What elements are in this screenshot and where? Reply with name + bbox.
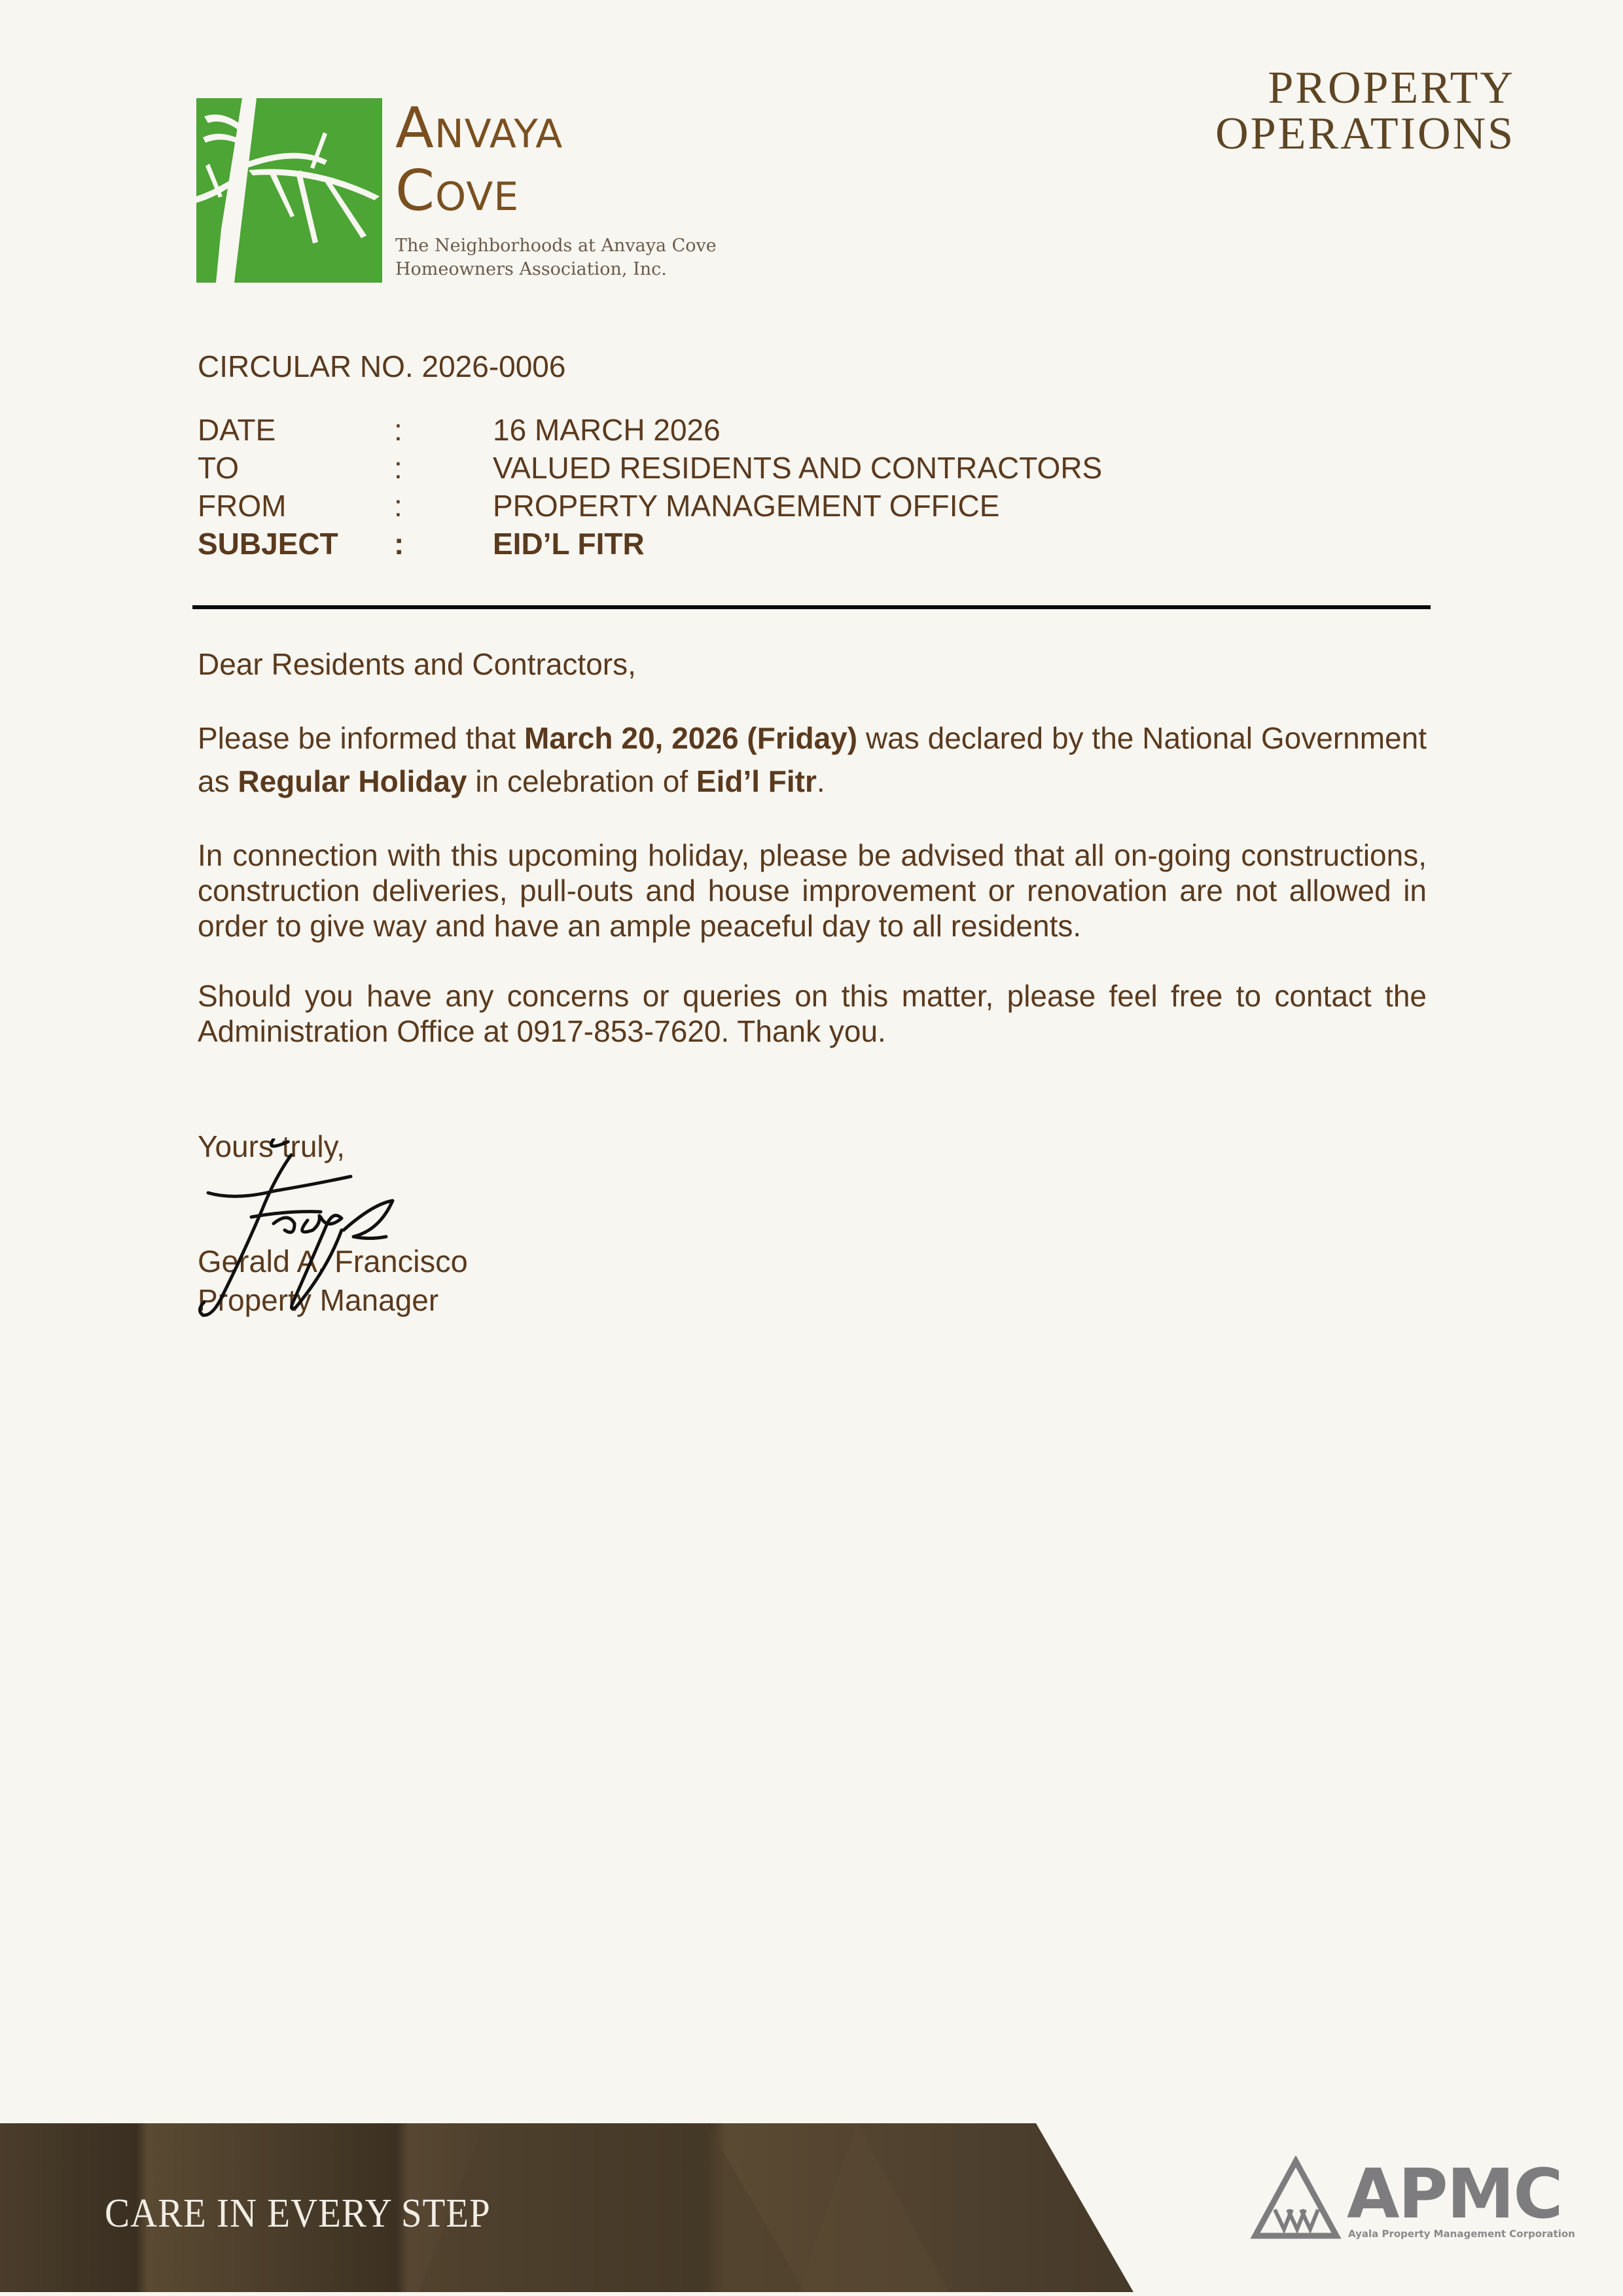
apmc-wordmark: APMC: [1347, 2160, 1562, 2228]
logo-title-line1: Anvaya: [395, 97, 670, 160]
salutation: Dear Residents and Contractors,: [198, 645, 1427, 684]
holiday-date: March 20, 2026 (Friday): [524, 721, 857, 755]
field-colon: :: [394, 525, 404, 563]
field-colon: :: [394, 449, 402, 487]
holiday-type: Regular Holiday: [238, 764, 467, 798]
circular-number: CIRCULAR NO. 2026-0006: [198, 349, 565, 384]
logo-subtitle-line2: Homeowners Association, Inc.: [395, 258, 736, 281]
text: in celebration of: [467, 764, 696, 798]
field-label: TO: [198, 449, 239, 487]
text: .: [817, 764, 825, 798]
apmc-logo: APMC Ayala Property Management Corporati…: [1250, 2156, 1558, 2241]
footer-tagline: CARE IN EVERY STEP: [105, 2191, 491, 2237]
department-title: PROPERTY OPERATIONS: [1215, 65, 1515, 157]
holiday-name: Eid’l Fitr: [696, 764, 817, 798]
signature-icon: [196, 1139, 432, 1335]
field-value: EID’L FITR: [493, 525, 645, 563]
department-line2: OPERATIONS: [1215, 111, 1515, 157]
field-label: SUBJECT: [198, 525, 338, 563]
field-colon: :: [394, 411, 402, 449]
anvaya-cove-wordmark: Anvaya Cove: [395, 97, 670, 222]
apmc-subtitle: Ayala Property Management Corporation: [1348, 2228, 1575, 2240]
field-label: FROM: [198, 487, 286, 525]
field-value: PROPERTY MANAGEMENT OFFICE: [493, 487, 999, 525]
bamboo-icon: [196, 98, 382, 283]
paragraph-holiday-announcement: Please be informed that March 20, 2026 (…: [198, 716, 1427, 803]
text: Please be informed that: [198, 721, 524, 755]
department-line1: PROPERTY: [1215, 65, 1515, 111]
logo-subtitle-line1: The Neighborhoods at Anvaya Cove: [395, 234, 736, 258]
field-label: DATE: [198, 411, 276, 449]
apmc-triangle-icon: [1250, 2156, 1342, 2241]
field-value: 16 MARCH 2026: [493, 411, 721, 449]
paragraph-contact-info: Should you have any concerns or queries …: [198, 978, 1427, 1049]
logo-subtitle: The Neighborhoods at Anvaya Cove Homeown…: [395, 234, 736, 281]
header-divider: [192, 605, 1431, 609]
field-value: VALUED RESIDENTS AND CONTRACTORS: [493, 449, 1102, 487]
paragraph-construction-advisory: In connection with this upcoming holiday…: [198, 838, 1427, 944]
anvaya-cove-logo-mark: [196, 98, 382, 283]
field-colon: :: [394, 487, 402, 525]
logo-title-line2: Cove: [395, 160, 670, 222]
